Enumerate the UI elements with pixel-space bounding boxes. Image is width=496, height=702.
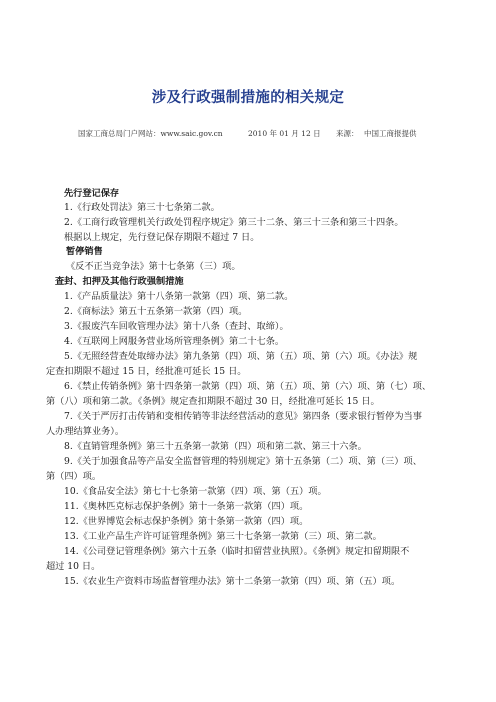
meta-source-label: 来源： bbox=[336, 128, 359, 139]
section-heading: 查封、扣押及其他行政强制措施 bbox=[55, 275, 184, 289]
list-item: 15.《农业生产资料市场监督管理办法》第十二条第一款第（四）项、第（五）项。 bbox=[64, 575, 400, 589]
document-title: 涉及行政强制措施的相关规定 bbox=[0, 86, 496, 107]
list-item: 2.《商标法》第五十五条第一款第（四）项。 bbox=[64, 305, 247, 319]
list-item: 7.《关于严厉打击传销和变相传销等非法经营活动的意见》第四条（要求银行暂停为当事 bbox=[64, 410, 422, 424]
list-item: 13.《工业产品生产许可证管理条例》第三十七条第一款第（三）项、第二款。 bbox=[64, 530, 382, 544]
list-item: 2.《工商行政管理机关行政处罚程序规定》第三十二条、第三十三条和第三十四条。 bbox=[64, 216, 404, 230]
list-item: 11.《奥林匹克标志保护条例》第十一条第一款第（四）项。 bbox=[64, 500, 308, 514]
list-item: 5.《无照经营查处取缔办法》第九条第（四）项、第（五）项、第（六）项。《办法》规 bbox=[64, 350, 417, 364]
list-item: 10.《食品安全法》第七十七条第一款第（四）项、第（五）项。 bbox=[64, 485, 327, 499]
list-item: 《反不正当竞争法》第十七条第（三）项。 bbox=[66, 260, 241, 274]
list-item: 3.《报废汽车回收管理办法》第十八条（查封、取缔）。 bbox=[64, 320, 289, 334]
meta-site: 国家工商总局门户网站：www.saic.gov.cn bbox=[78, 128, 223, 139]
section-heading: 暂停销售 bbox=[66, 245, 103, 259]
list-item-continuation: 第（四）项。 bbox=[46, 470, 101, 484]
list-item-continuation: 定查扣期限不超过 15 日，经批准可延长 15 日。 bbox=[46, 365, 246, 379]
list-item-continuation: 超过 10 日。 bbox=[46, 560, 100, 574]
meta-date: 2010 年 01 月 12 日 bbox=[248, 128, 321, 139]
section-heading: 先行登记保存 bbox=[64, 187, 119, 201]
list-item-continuation: 第（八）项和第二款。《条例》规定查扣期限不超过 30 日，经批准可延长 15 日… bbox=[46, 395, 380, 409]
list-item: 1.《行政处罚法》第三十七条第二款。 bbox=[64, 201, 220, 215]
list-item: 12.《世界博览会标志保护条例》第十条第一款第（四）项。 bbox=[64, 515, 308, 529]
list-item: 6.《禁止传销条例》第十四条第一款第（四）项、第（五）项、第（六）项、第（七）项… bbox=[64, 380, 431, 394]
list-item-continuation: 人办理结算业务）。 bbox=[46, 425, 124, 439]
list-item: 9.《关于加强食品等产品安全监督管理的特别规定》第十五条第（二）项、第（三）项、 bbox=[64, 455, 422, 469]
list-item: 8.《直销管理条例》第三十五条第一款第（四）项和第二款、第三十六条。 bbox=[64, 440, 367, 454]
meta-source: 中国工商报提供 bbox=[364, 128, 417, 139]
list-item: 14.《公司登记管理条例》第六十五条（临时扣留营业执照）。《条例》规定扣留期限不 bbox=[64, 545, 409, 559]
list-item: 4.《互联网上网服务营业场所管理条例》第二十七条。 bbox=[64, 335, 284, 349]
paragraph: 根据以上规定，先行登记保存期限不超过 7 日。 bbox=[64, 231, 259, 245]
list-item: 1.《产品质量法》第十八条第一款第（四）项、第二款。 bbox=[64, 290, 293, 304]
